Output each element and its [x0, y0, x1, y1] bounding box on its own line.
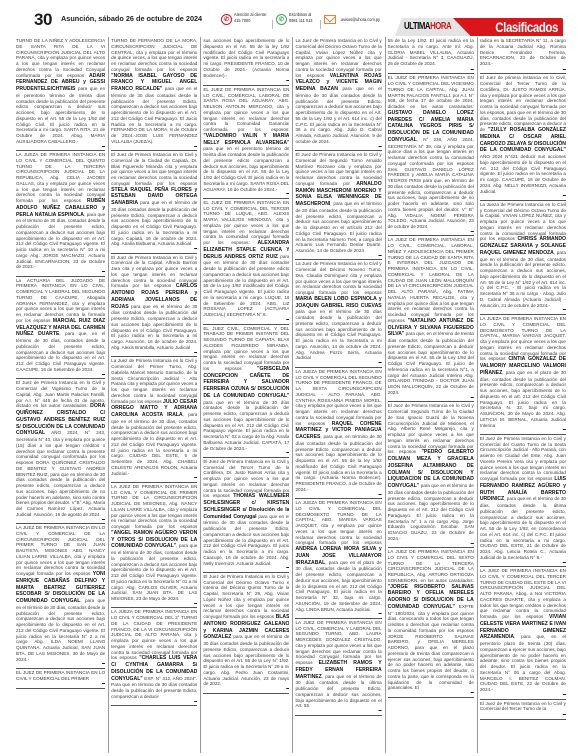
notice-text: LA JUEZA DE PRIMERA INSTANCIA EN LO CIVI…	[295, 500, 381, 545]
legal-notice: LA JUEZA DE PRIMERA INSTANCIA EN LO CIVI…	[16, 151, 105, 277]
legal-notice: LA JUEZ DE PRIMERA INSTANCIA EN LO CIVIL…	[480, 567, 566, 699]
legal-notice: LA JUEZ DE PRIMERA INSTANCIA EN LO CIVIL…	[111, 483, 197, 609]
legal-notice: sus acciones bajo apercibimiento de lo d…	[203, 37, 289, 86]
ad-code-mark: ▬	[295, 493, 381, 497]
legal-notice: EL JUEZ CIVIL, COMERCIAL Y DEL TRABAJO D…	[203, 325, 289, 458]
legal-notice: El Juez de Primera Instancia en lo Civil…	[111, 254, 197, 358]
contact-label: Atención al cliente:	[234, 13, 267, 19]
notice-text: EL JUEZ DE PRIMERA INSTANCIA EN LO CIVIL…	[388, 75, 474, 109]
notice-text: para que en el término de 30 días contad…	[295, 309, 381, 360]
page-header: 30 Asunción, sábado 26 de octubre de 202…	[0, 0, 580, 34]
notice-text: LA JUEZ DE PRIMERA INSTANCIA EN LO CIVIL…	[295, 620, 381, 665]
notice-text: para que en el término de 30 días contad…	[203, 400, 289, 451]
ad-code-mark: ▬	[480, 561, 566, 565]
divider	[272, 20, 273, 29]
ad-code-mark: ▬	[480, 693, 566, 697]
ad-code-mark: ▬	[16, 145, 105, 149]
ad-code-mark: ▬	[16, 373, 105, 377]
legal-notice: LA JUEZA DE PRIMERA INSTANCIA EN LO CIVI…	[295, 368, 381, 499]
notice-text: El Juez de Primera Instancia en lo Civil…	[480, 701, 566, 712]
column-5: 55 de la Ley 1/92. El juicio radica en l…	[385, 37, 474, 753]
ad-code-mark: ▬	[111, 247, 197, 251]
page-number: 30	[34, 10, 52, 30]
legal-notice: LA JUEZA DE PRIMERA INSTANCIA EN LO CIVI…	[111, 608, 197, 706]
page-date: Asunción, sábado 26 de octubre de 2024	[61, 14, 202, 23]
legal-notice: TURNO DE FERNANDO DE LA MORA, CIRCUNSCRI…	[111, 37, 197, 151]
notice-text: , para que en el término de 30 días, con…	[480, 250, 566, 308]
ad-code-mark: ▬	[295, 145, 381, 149]
legal-notice: LA JUEZ DE PRIMERA INSTANCIA EN LO CIVIL…	[16, 524, 105, 669]
legal-notice: El Juez de Primera Instancia en lo Civil…	[388, 402, 474, 548]
notice-parties: MARIA BELEN LOBO ESPINOLA y JOAQUIN GABR…	[295, 296, 381, 309]
divider	[320, 20, 321, 29]
notice-text: EL JUEZ DE PRIMERA INSTANCIA EN LO CIVIL…	[16, 670, 105, 681]
email-contact[interactable]: avisos@uhora.com.py	[324, 10, 389, 28]
ad-code-mark: ▬	[295, 612, 381, 616]
ad-code-mark: ▬	[295, 361, 381, 365]
legal-notice: El Juez de Primera Instancia en lo Civil…	[203, 573, 289, 694]
ad-code-mark: ▬	[480, 713, 566, 717]
ad-code-mark: ▬	[111, 700, 197, 704]
column-1: TURNO DE LA NIÑEZ Y ADOLESCENCIA DE SANT…	[16, 37, 105, 753]
column-2: TURNO DE FERNANDO DE LA MORA, CIRCUNSCRI…	[108, 37, 197, 753]
ad-code-mark: ▬	[480, 428, 566, 432]
notice-text: LA JUEZA DE PRIMERA INSTANCIA EN LO CIVI…	[480, 316, 566, 361]
ad-code-mark: ▬	[203, 318, 289, 322]
ad-code-mark: ▬	[16, 518, 105, 522]
logo-red-part: HORA	[430, 21, 451, 32]
whatsapp-icon: ✆	[276, 14, 287, 25]
notice-text: LA JUEZ DE PRIMERA INSTANCIA EN LO CIVIL…	[480, 568, 566, 619]
notice-text: , para que en el término de 30 días, con…	[111, 543, 197, 601]
notice-text: para que en término de 30 días contados …	[203, 254, 289, 318]
notice-text: , para que en el término de 30 días cont…	[295, 201, 381, 253]
mail-icon	[324, 15, 336, 24]
legal-notice: LA JUEZ DE PRIMERA INSTANCIA EN LO CIVIL…	[388, 548, 474, 698]
column-3: sus acciones bajo apercibimiento de lo d…	[200, 37, 289, 753]
notice-text: para que en el término de 30 días contad…	[295, 86, 381, 144]
notice-text: para que, en el término de treinta días …	[388, 331, 474, 395]
notice-text: LA JUEZ DE PRIMERA INSTANCIA EN LO CIVIL…	[388, 549, 474, 583]
notice-text: sus acciones bajo apercibimiento de lo d…	[203, 38, 289, 78]
notice-parties: "VALDOMIRO VALIN Y MARIA NELLY ESPINOLA …	[203, 133, 289, 146]
notice-text: , N° 236, AÑO 2024, SECRETARÍA N° 39, ci…	[388, 137, 474, 229]
contact-label: Escribinos al	[289, 13, 312, 19]
notice-text: LA JUEZ DE PRIMERA INSTANCIA EN LO CIVIL…	[388, 237, 474, 323]
notice-text: El Juez de Primera Instancia en lo Civil…	[203, 574, 289, 619]
ad-code-mark: ▬	[480, 68, 566, 72]
ad-code-mark: ▬	[480, 308, 566, 312]
notice-text: para que en el perentorio término de tre…	[203, 146, 289, 191]
ad-code-mark: ▬	[111, 145, 197, 149]
whatsapp-contact[interactable]: ✆ Escribinos al 0981 111 013	[276, 10, 318, 28]
notice-text: La Juez de Primera Instancia en lo Civil…	[295, 261, 381, 295]
notice-text: , para que, en término de 30 días contad…	[295, 434, 381, 492]
notice-text: para que en el perentorio término de tre…	[16, 86, 105, 144]
notice-text: para que en el término de 30 días contad…	[388, 483, 474, 541]
notice-text: TURNO DE FERNANDO DE LA MORA, CIRCUNSCRI…	[111, 38, 197, 72]
legal-notice: La Jueza de Primera Instancia en lo Civi…	[480, 201, 566, 315]
notice-text: para que en el término de 30 días contad…	[111, 86, 197, 144]
column-6: radica en la SECRETARÍA N° 11, a cargo d…	[477, 37, 566, 753]
notice-text: para que en el término de 30 días contad…	[203, 634, 289, 686]
ad-code-mark: ▬	[203, 451, 289, 455]
notice-text: AÑO 2024, N° 243, Secretaría N° 40, cita…	[16, 430, 105, 517]
notice-text: EL JUEZ DE PRIMERA INSTANCIA EN LO CIVIL…	[203, 200, 289, 245]
legal-notice: TURNO DE LA NIÑEZ Y ADOLESCENCIA DE SANT…	[16, 37, 105, 151]
ad-code-mark: ▬	[16, 662, 105, 666]
notice-text: para que en el término de 30 días contad…	[111, 304, 197, 350]
ad-code-mark: ▬	[388, 691, 474, 695]
ad-code-mark: ▬	[295, 254, 381, 258]
notice-text: radica en la SECRETARÍA N° 11, a cargo d…	[480, 38, 566, 66]
legal-notice: El Juez de Primera Instancia en lo Civil…	[203, 458, 289, 573]
notice-text: EL JUEZ CIVIL, COMERCIAL Y DEL TRABAJO D…	[203, 326, 289, 371]
ad-code-mark: ▬	[203, 192, 289, 196]
legal-notice: La Juez de Primera Instancia en lo Civil…	[295, 260, 381, 367]
notice-parties: "ZULLY ROSALBA GONZÁLEZ MEDINA C/ OSCAR …	[480, 127, 566, 153]
ad-code-mark: ▬	[295, 709, 381, 713]
legal-notice: LA JUEZA DE PRIMERA INSTANCIA EN LO CIVI…	[480, 315, 566, 435]
notice-text: El Juez de Primera Instancia en lo Civil…	[480, 436, 566, 481]
logo-black-part: ULTIMA	[404, 21, 430, 32]
legal-notice: LA JUEZ DE PRIMERA INSTANCIA EN LO CIVIL…	[388, 236, 474, 402]
legal-notice: El Juez de Primera Instancia en lo Civil…	[111, 151, 197, 254]
contact-value: 415 7000	[234, 19, 267, 25]
notice-text: 55 de la Ley 1/92. El juicio radica en l…	[388, 38, 474, 66]
notice-text: para que en el término de 30 días contad…	[111, 200, 197, 246]
contact-email: avisos@uhora.com.py	[341, 18, 380, 24]
legal-notice: El Juez de Primera Instancia en lo Civil…	[480, 435, 566, 567]
notice-text: La Juez de Primera Instancia en lo Civil…	[111, 358, 197, 403]
column-4: La Juez de Primera Instancia en lo Civil…	[292, 37, 381, 753]
notice-text: , para que en el término de 30 días, con…	[16, 212, 105, 270]
notice-text: LA JUEZA DE PRIMERA INSTANCIA EN LO CIVI…	[16, 152, 105, 203]
legal-notice: El Juez de Primera Instancia en lo Civil…	[295, 151, 381, 260]
notice-text: , para que, en el término de 30 días, co…	[16, 331, 105, 372]
legal-notice: 55 de la Ley 1/92. El juicio radica en l…	[388, 37, 474, 74]
notice-text: LA JUEZ DE PRIMERA INSTANCIA EN LO CIVIL…	[16, 525, 105, 576]
ad-code-mark: ▬	[388, 542, 474, 546]
notice-text: El Juez de primera instancia en lo Civil…	[480, 75, 566, 132]
classifieds-columns: TURNO DE LA NIÑEZ Y ADOLESCENCIA DE SANT…	[16, 37, 566, 753]
contact-value: 0981 111 013	[289, 19, 312, 25]
notice-text: , para que en el término de 30 días, con…	[16, 598, 105, 662]
legal-notice: La Juez de Primera Instancia en lo Civil…	[295, 37, 381, 151]
notice-text: LA JUEZ DE PRIMERA INSTANCIA EN LO CIVIL…	[111, 484, 197, 529]
notice-text: LA JUEZA DE PRIMERA INSTANCIA EN LO CIVI…	[295, 369, 381, 426]
ad-code-mark: ▬	[16, 270, 105, 274]
ad-code-mark: ▬	[111, 602, 197, 606]
notice-text: , para que en el término de 30 días, con…	[111, 412, 197, 476]
notice-text: El Juez de Primera Instancia en lo Civil…	[111, 152, 197, 186]
ad-code-mark: ▬	[111, 351, 197, 355]
legal-notice: La Juez de Primera Instancia en lo Civil…	[111, 357, 197, 483]
notice-text: para que en el término de 30 días contad…	[203, 514, 289, 566]
notice-text: , para que, en el perentorio plazo de tr…	[480, 634, 566, 692]
legal-notice: LA JUEZA DE PRIMERA INSTANCIA EN LO CIVI…	[295, 499, 381, 619]
legal-notice: radica en la SECRETARÍA N° 11, a cargo d…	[480, 37, 566, 74]
legal-notice: LA JUEZ DE PRIMERA INSTANCIA EN LO CIVIL…	[295, 619, 381, 716]
ad-code-mark: ▬	[388, 68, 474, 72]
legal-notice: EL JUEZ DE PRIMERA INSTANCIA EN LO CIVIL…	[388, 74, 474, 236]
legal-notice: EL JUEZ DE PRIMERA INSTANCIA EN LO CIVIL…	[16, 669, 105, 689]
ultimahora-logo: ULTIMAHORA	[404, 21, 451, 32]
notice-text: LA JUEZA DE PRIMERA INSTANCIA EN LO CIVI…	[111, 609, 197, 660]
ad-code-mark: ▬	[111, 476, 197, 480]
ad-code-mark: ▬	[203, 566, 289, 570]
ad-code-mark: ▬	[388, 230, 474, 234]
section-title: Clasificados	[483, 18, 558, 36]
notice-text: La ACTUARIA DEL JUZGADO DE PRIMERA INSTA…	[16, 278, 105, 323]
notice-text: , para que en el plazo de 30 días, conta…	[480, 370, 566, 428]
ad-code-mark: ▬	[203, 687, 289, 691]
legal-notice: El Juez de Primera Instancia en lo Civil…	[16, 379, 105, 524]
notice-text: EL JUEZ DE PRIMERA INSTANCIA EN LO CIVIL…	[203, 87, 289, 132]
legal-notice: La ACTUARIA DEL JUZGADO DE PRIMERA INSTA…	[16, 277, 105, 380]
ad-code-mark: ▬	[480, 194, 566, 198]
ad-code-mark: ▬	[388, 396, 474, 400]
legal-notice: El Juez de Primera Instancia en lo Civil…	[480, 700, 566, 720]
notice-text: EXPTE N° 190/2024, cita y emplaza por qu…	[388, 604, 474, 691]
notice-text: , para que en el término de 30 días, con…	[480, 496, 566, 560]
legal-notice: EL JUEZ DE PRIMERA INSTANCIA EN LO CIVIL…	[203, 199, 289, 325]
notice-text: , para que en el plazo de 30 días, conta…	[295, 560, 381, 612]
phone-icon: ✆	[221, 14, 232, 25]
ad-code-mark: ▬	[203, 79, 289, 83]
legal-notice: EL JUEZ DE PRIMERA INSTANCIA EN LO CIVIL…	[203, 86, 289, 199]
ad-code-mark: ▬	[16, 682, 105, 686]
customer-service-contact[interactable]: ✆ Atención al cliente: 415 7000	[221, 10, 274, 28]
notice-text: AÑO 2024 N°421 deducir sus acciones bajo…	[480, 154, 566, 194]
legal-notice: El Juez de primera instancia en lo Civil…	[480, 74, 566, 201]
notice-text: El Juez de Primera Instancia en lo Civil…	[388, 403, 474, 454]
